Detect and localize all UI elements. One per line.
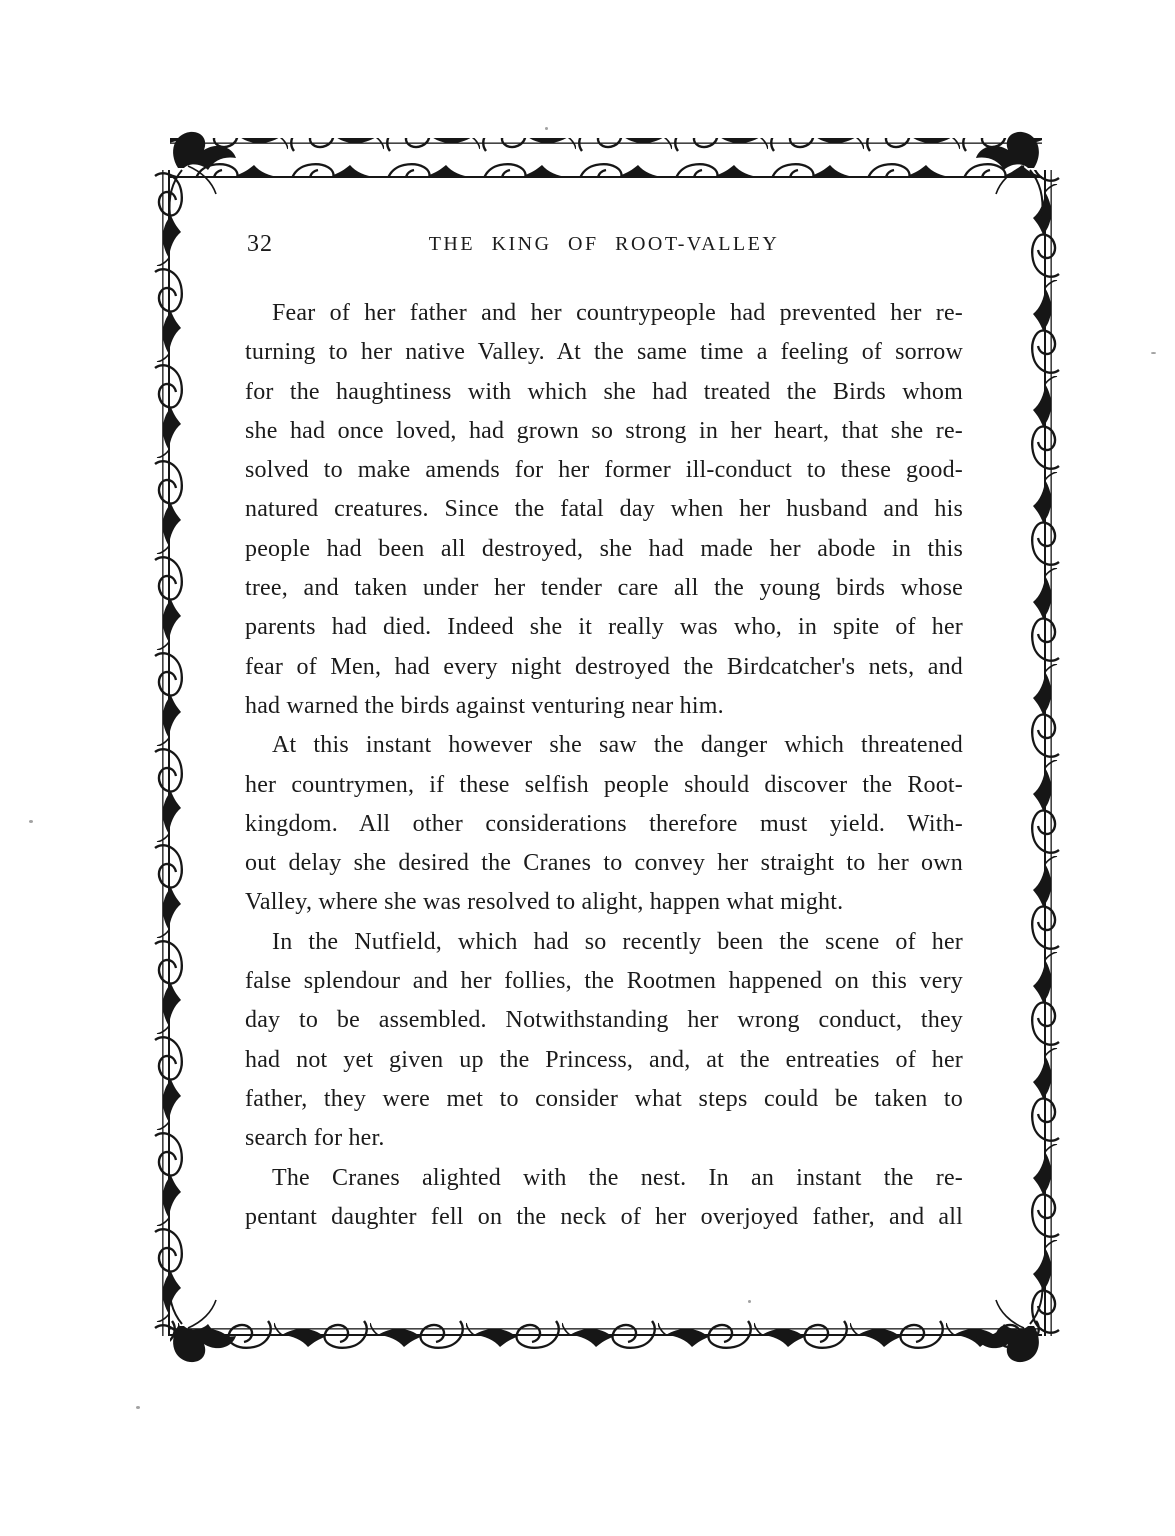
text-line: father, they were met to consider what s… — [245, 1080, 963, 1119]
text-line: solved to make amends for her former ill… — [245, 451, 963, 490]
text-line: for the haughtiness with which she had t… — [245, 373, 963, 412]
text-line: pentant daughter fell on the neck of her… — [245, 1198, 963, 1237]
running-header: THE KING OF ROOT-VALLEY — [245, 233, 963, 256]
scan-speck — [29, 820, 33, 823]
text-line: turning to her native Valley. At the sam… — [245, 333, 963, 372]
text-line: had warned the birds against venturing n… — [245, 687, 963, 726]
scan-speck — [1151, 352, 1156, 354]
text-line: tree, and taken under her tender care al… — [245, 569, 963, 608]
text-line: false splendour and her follies, the Roo… — [245, 962, 963, 1001]
scan-speck — [136, 1406, 140, 1409]
text-line: The Cranes alighted with the nest. In an… — [245, 1159, 963, 1198]
page-content: 32 THE KING OF ROOT-VALLEY Fear of her f… — [245, 231, 963, 1237]
text-line: day to be assembled. Notwithstanding her… — [245, 1001, 963, 1040]
text-line: Fear of her father and her countrypeople… — [245, 294, 963, 333]
text-line: In the Nutfield, which had so recently b… — [245, 923, 963, 962]
page-text: Fear of her father and her countrypeople… — [245, 294, 963, 1237]
text-line: people had been all destroyed, she had m… — [245, 530, 963, 569]
scan-speck — [545, 127, 548, 130]
text-line: she had once loved, had grown so strong … — [245, 412, 963, 451]
text-line: natured creatures. Since the fatal day w… — [245, 490, 963, 529]
text-line: her countrymen, if these selfish people … — [245, 766, 963, 805]
text-line: At this instant however she saw the dang… — [245, 726, 963, 765]
text-line: search for her. — [245, 1119, 963, 1158]
text-line: out delay she desired the Cranes to conv… — [245, 844, 963, 883]
text-line: fear of Men, had every night destroyed t… — [245, 648, 963, 687]
text-line: parents had died. Indeed she it really w… — [245, 608, 963, 647]
book-page: 32 THE KING OF ROOT-VALLEY Fear of her f… — [0, 0, 1175, 1536]
text-line: kingdom. All other considerations theref… — [245, 805, 963, 844]
page-header: 32 THE KING OF ROOT-VALLEY — [245, 231, 963, 263]
scan-speck — [748, 1300, 751, 1303]
text-line: Valley, where she was resolved to alight… — [245, 883, 963, 922]
text-line: had not yet given up the Princess, and, … — [245, 1041, 963, 1080]
